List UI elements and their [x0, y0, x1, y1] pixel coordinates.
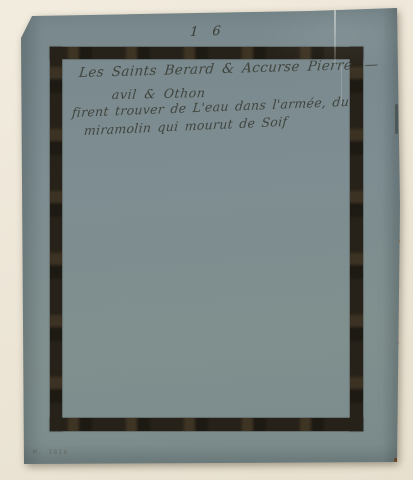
photograph-background: 1 6 Les Saints Berard & Accurse Pierre, … [0, 0, 413, 480]
frame-right-edge [350, 47, 363, 431]
paper-shadow-wrapper: 1 6 Les Saints Berard & Accurse Pierre, … [0, 0, 413, 480]
page-number: 1 6 [189, 24, 226, 40]
paper-edge-streak [395, 104, 398, 134]
paper-edge-speck [400, 164, 404, 169]
paper-edge-speck [399, 239, 403, 243]
frame-left-edge [50, 47, 62, 431]
frame-top-edge [50, 47, 363, 59]
paper-edge-speck [397, 419, 401, 423]
inventory-mark: M. 1816 [33, 449, 69, 456]
frame-bottom-edge [50, 418, 363, 431]
paper-edge-speck [398, 341, 402, 345]
paper-scratch [334, 9, 336, 65]
manuscript-page: 1 6 Les Saints Berard & Accurse Pierre, … [20, 6, 400, 464]
paper-scratch-2 [341, 66, 342, 104]
paper-edge-speck [394, 458, 398, 462]
paper-edge-speck [399, 92, 403, 96]
